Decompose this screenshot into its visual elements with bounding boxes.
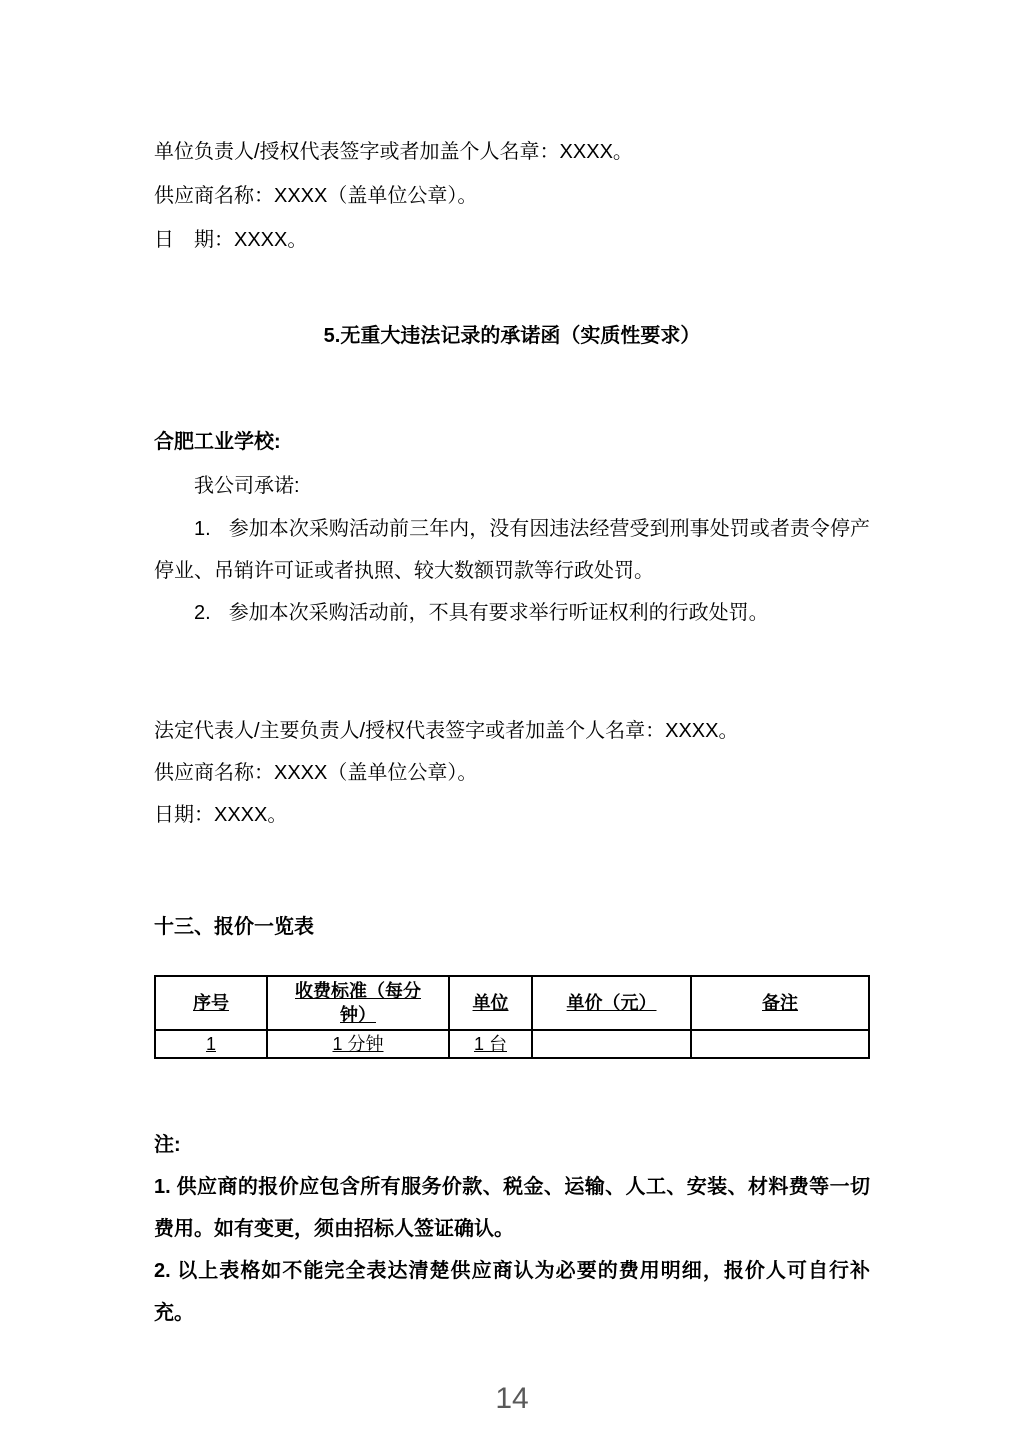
header-cell-unit: 单位 bbox=[449, 976, 532, 1030]
cell-charge-standard: 1 分钟 bbox=[267, 1030, 449, 1058]
addressee: 合肥工业学校: bbox=[154, 420, 870, 464]
header-cell-serial: 序号 bbox=[155, 976, 267, 1030]
supplier-name-line: 供应商名称：XXXX（盖单位公章）。 bbox=[154, 752, 870, 794]
signature-block-bottom: 法定代表人/主要负责人/授权代表签字或者加盖个人名章：XXXX。 供应商名称：X… bbox=[154, 710, 870, 836]
quotation-table: 序号 收费标准（每分钟） 单位 单价（元） 备注 1 1 分钟 1 台 bbox=[154, 975, 870, 1059]
document-page: 单位负责人/授权代表签字或者加盖个人名章：XXXX。 供应商名称：XXXX（盖单… bbox=[0, 0, 1024, 1447]
signature-block-top: 单位负责人/授权代表签字或者加盖个人名章：XXXX。 供应商名称：XXXX（盖单… bbox=[154, 130, 870, 262]
cell-unit: 1 台 bbox=[449, 1030, 532, 1058]
notes-label: 注: bbox=[154, 1124, 870, 1166]
table-row: 1 1 分钟 1 台 bbox=[155, 1030, 869, 1058]
commitment-item: 2.参加本次采购活动前，不具有要求举行听证权利的行政处罚。 bbox=[154, 592, 870, 634]
promise-intro: 我公司承诺: bbox=[154, 464, 870, 508]
header-cell-unit-price: 单价（元） bbox=[532, 976, 691, 1030]
date-line: 日 期：XXXX。 bbox=[154, 218, 870, 262]
signatory-line: 法定代表人/主要负责人/授权代表签字或者加盖个人名章：XXXX。 bbox=[154, 710, 870, 752]
item-text: 参加本次采购活动前，不具有要求举行听证权利的行政处罚。 bbox=[229, 602, 769, 624]
section5-title: 5.无重大违法记录的承诺函（实质性要求） bbox=[154, 314, 870, 358]
page-number: 14 bbox=[154, 1382, 870, 1416]
item-number: 1. bbox=[194, 518, 211, 540]
date-line: 日期：XXXX。 bbox=[154, 794, 870, 836]
note-item: 2. 以上表格如不能完全表达清楚供应商认为必要的费用明细，报价人可自行补充。 bbox=[154, 1250, 870, 1334]
item-number: 2. bbox=[194, 602, 211, 624]
cell-unit-price bbox=[532, 1030, 691, 1058]
section13-title: 十三、报价一览表 bbox=[154, 905, 870, 949]
notes-block: 注: 1. 供应商的报价应包含所有服务价款、税金、运输、人工、安装、材料费等一切… bbox=[154, 1124, 870, 1334]
supplier-name-line: 供应商名称：XXXX（盖单位公章）。 bbox=[154, 174, 870, 218]
note-item: 1. 供应商的报价应包含所有服务价款、税金、运输、人工、安装、材料费等一切费用。… bbox=[154, 1166, 870, 1250]
header-cell-charge-standard: 收费标准（每分钟） bbox=[267, 976, 449, 1030]
cell-remarks bbox=[691, 1030, 869, 1058]
item-text: 参加本次采购活动前三年内，没有因违法经营受到刑事处罚或者责令停产停业、吊销许可证… bbox=[154, 518, 870, 582]
header-cell-remarks: 备注 bbox=[691, 976, 869, 1030]
commitment-item: 1.参加本次采购活动前三年内，没有因违法经营受到刑事处罚或者责令停产停业、吊销许… bbox=[154, 508, 870, 592]
table-header-row: 序号 收费标准（每分钟） 单位 单价（元） 备注 bbox=[155, 976, 869, 1030]
signatory-line: 单位负责人/授权代表签字或者加盖个人名章：XXXX。 bbox=[154, 130, 870, 174]
cell-serial: 1 bbox=[155, 1030, 267, 1058]
